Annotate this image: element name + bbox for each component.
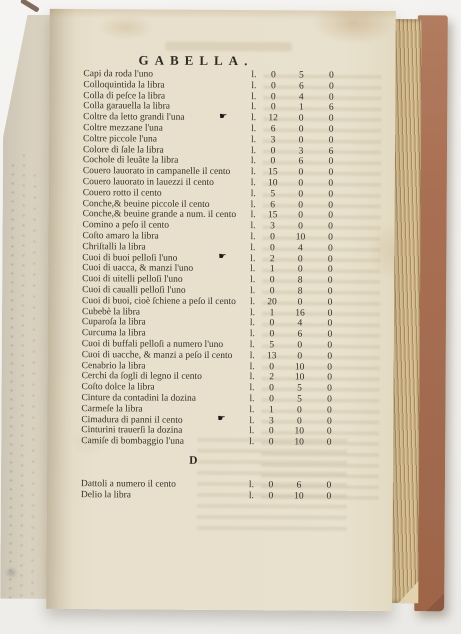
- currency-label: l.: [251, 211, 261, 222]
- photo-background: GABELLA. Capi da roda l'unol.050Colloqui…: [0, 0, 461, 634]
- price-col-3: 6: [317, 103, 345, 114]
- manicule-icon: ☛: [219, 112, 227, 123]
- currency-label: l.: [249, 416, 259, 427]
- item-name: Camiſe di bombaggio l'una: [81, 436, 249, 448]
- price-col-3: 0: [315, 438, 343, 449]
- price-col-1: 12: [261, 113, 285, 124]
- tariff-table-d: Dattoli a numero il centol.060Delio la l…: [81, 479, 353, 502]
- price-col-1: 0: [259, 383, 283, 394]
- price-col-1: 0: [259, 394, 283, 405]
- price-col-1: 0: [259, 427, 283, 438]
- price-col-3: 0: [315, 491, 343, 502]
- price-col-2: 5: [285, 70, 317, 81]
- price-col-1: 1: [260, 308, 284, 319]
- currency-label: l.: [250, 243, 260, 254]
- price-col-1: 20: [260, 297, 284, 308]
- price-col-3: 0: [315, 480, 343, 491]
- currency-label: l.: [250, 362, 260, 373]
- price-col-2: 0: [285, 189, 317, 200]
- price-col-3: 0: [316, 297, 344, 308]
- price-col-2: 10: [284, 362, 316, 373]
- price-col-3: 0: [316, 286, 344, 297]
- price-col-1: 15: [261, 211, 285, 222]
- price-col-3: 0: [317, 179, 345, 190]
- price-col-3: 0: [317, 92, 345, 103]
- price-col-1: 0: [260, 243, 284, 254]
- book-page: GABELLA. Capi da roda l'unol.050Colloqui…: [46, 9, 396, 611]
- price-col-1: 0: [259, 491, 283, 502]
- price-col-1: 0: [261, 103, 285, 114]
- price-col-3: 0: [316, 362, 344, 373]
- price-col-3: 0: [316, 340, 344, 351]
- price-col-3: 0: [317, 114, 345, 125]
- currency-label: l.: [250, 221, 260, 232]
- currency-label: l.: [250, 340, 260, 351]
- price-col-2: 6: [283, 480, 315, 491]
- price-col-3: 0: [317, 200, 345, 211]
- price-col-2: 0: [284, 297, 316, 308]
- section-heading-d: D: [189, 455, 353, 469]
- price-col-2: 4: [284, 243, 316, 254]
- price-col-2: 1: [285, 103, 317, 114]
- table-row: Delio la libral.0100: [81, 490, 353, 502]
- cover-top-left-edge: [20, 0, 40, 13]
- price-col-2: 0: [284, 222, 316, 233]
- price-col-2: 0: [285, 135, 317, 146]
- price-col-1: 0: [261, 81, 285, 92]
- currency-label: l.: [251, 157, 261, 168]
- price-col-3: 0: [316, 243, 344, 254]
- book: GABELLA. Capi da roda l'unol.050Colloqui…: [0, 5, 448, 618]
- price-col-1: 5: [261, 189, 285, 200]
- price-col-3: 0: [316, 351, 344, 362]
- price-col-1: 3: [260, 221, 284, 232]
- price-col-2: 0: [284, 340, 316, 351]
- currency-label: l.: [250, 265, 260, 276]
- currency-label: l.: [249, 491, 259, 502]
- price-col-3: 0: [316, 233, 344, 244]
- price-col-2: 10: [283, 437, 315, 448]
- currency-label: l.: [250, 232, 260, 243]
- currency-label: l.: [250, 286, 260, 297]
- price-col-2: 6: [285, 81, 317, 92]
- price-col-1: 2: [260, 373, 284, 384]
- price-col-1: 1: [259, 405, 283, 416]
- price-col-3: 0: [316, 222, 344, 233]
- pencil-smudge: [2, 565, 20, 581]
- price-col-1: 3: [259, 416, 283, 427]
- price-col-1: 5: [260, 340, 284, 351]
- price-col-3: 0: [317, 168, 345, 179]
- price-col-3: 0: [316, 373, 344, 384]
- price-col-3: 0: [316, 319, 344, 330]
- price-col-2: 8: [284, 286, 316, 297]
- price-col-1: 15: [261, 167, 285, 178]
- price-col-3: 0: [315, 416, 343, 427]
- price-col-1: 0: [261, 146, 285, 157]
- price-col-2: 6: [284, 329, 316, 340]
- price-col-2: 10: [283, 491, 315, 502]
- price-col-2: 10: [284, 373, 316, 384]
- currency-label: l.: [250, 329, 260, 340]
- price-col-2: 4: [284, 319, 316, 330]
- page-title: GABELLA.: [83, 53, 355, 71]
- price-col-3: 0: [317, 211, 345, 222]
- currency-label: l.: [250, 254, 260, 265]
- price-col-1: 2: [260, 254, 284, 265]
- currency-label: l.: [251, 189, 261, 200]
- currency-label: l.: [250, 318, 260, 329]
- price-col-1: 0: [259, 480, 283, 491]
- price-col-2: 0: [285, 178, 317, 189]
- currency-label: l.: [249, 480, 259, 491]
- price-col-2: 0: [285, 168, 317, 179]
- currency-label: l.: [249, 383, 259, 394]
- manicule-icon: ☛: [217, 414, 225, 425]
- price-col-3: 0: [317, 71, 345, 82]
- currency-label: l.: [251, 200, 261, 211]
- currency-label: l.: [250, 351, 260, 362]
- currency-label: l.: [251, 124, 261, 135]
- price-col-3: 0: [317, 125, 345, 136]
- currency-label: l.: [251, 146, 261, 157]
- price-col-1: 6: [261, 200, 285, 211]
- price-col-2: 0: [283, 416, 315, 427]
- item-name: Delio la libra: [81, 490, 249, 502]
- price-col-3: 0: [317, 157, 345, 168]
- price-col-1: 6: [261, 124, 285, 135]
- price-col-3: 0: [316, 265, 344, 276]
- currency-label: l.: [251, 103, 261, 114]
- price-col-2: 16: [284, 308, 316, 319]
- currency-label: l.: [251, 135, 261, 146]
- show-through-title: [166, 42, 292, 52]
- page-corner-fold: [398, 581, 418, 603]
- price-col-1: 0: [260, 329, 284, 340]
- price-col-3: 6: [317, 146, 345, 157]
- price-col-2: 0: [285, 114, 317, 125]
- price-col-2: 8: [284, 276, 316, 287]
- currency-label: l.: [249, 426, 259, 437]
- price-col-1: 0: [260, 362, 284, 373]
- price-col-1: 1: [260, 265, 284, 276]
- price-col-3: 0: [316, 276, 344, 287]
- currency-label: l.: [249, 437, 259, 448]
- price-col-2: 10: [283, 427, 315, 438]
- currency-label: l.: [251, 81, 261, 92]
- price-col-2: 4: [285, 92, 317, 103]
- price-col-2: 5: [283, 383, 315, 394]
- price-col-3: 0: [315, 394, 343, 405]
- currency-label: l.: [251, 167, 261, 178]
- price-col-2: 0: [283, 405, 315, 416]
- price-col-2: 10: [284, 232, 316, 243]
- price-col-1: 0: [261, 157, 285, 168]
- price-col-3: 0: [317, 135, 345, 146]
- price-col-3: 0: [317, 81, 345, 92]
- price-col-1: 0: [260, 232, 284, 243]
- text-block: GABELLA. Capi da roda l'unol.050Colloqui…: [81, 53, 356, 502]
- currency-label: l.: [249, 405, 259, 416]
- price-col-2: 0: [285, 211, 317, 222]
- price-col-1: 0: [261, 70, 285, 81]
- currency-label: l.: [250, 275, 260, 286]
- currency-label: l.: [251, 92, 261, 103]
- price-col-1: 0: [260, 275, 284, 286]
- price-col-1: 0: [261, 92, 285, 103]
- price-col-1: 10: [261, 178, 285, 189]
- price-col-3: 0: [317, 189, 345, 200]
- price-col-2: 0: [285, 200, 317, 211]
- price-col-2: 6: [285, 157, 317, 168]
- price-col-1: 3: [261, 135, 285, 146]
- price-col-3: 0: [315, 427, 343, 438]
- price-col-2: 0: [284, 265, 316, 276]
- currency-label: l.: [250, 308, 260, 319]
- price-col-1: 0: [260, 286, 284, 297]
- price-col-1: 0: [259, 437, 283, 448]
- manicule-icon: ☛: [218, 252, 226, 263]
- price-col-3: 0: [316, 330, 344, 341]
- tariff-table: Capi da roda l'unol.050Colloquintida la …: [81, 69, 355, 449]
- price-col-3: 0: [315, 405, 343, 416]
- price-col-2: 0: [284, 351, 316, 362]
- currency-label: l.: [251, 178, 261, 189]
- currency-label: l.: [251, 70, 261, 81]
- currency-label: l.: [250, 297, 260, 308]
- currency-label: l.: [249, 394, 259, 405]
- currency-label: l.: [251, 113, 261, 124]
- cover-corner-fold: [426, 593, 444, 611]
- price-col-3: 0: [316, 308, 344, 319]
- table-row: Camiſe di bombaggio l'unal.0100: [81, 436, 353, 448]
- price-col-3: 0: [315, 384, 343, 395]
- price-col-3: 0: [316, 254, 344, 265]
- price-col-2: 0: [285, 124, 317, 135]
- price-col-2: 5: [283, 394, 315, 405]
- price-col-2: 3: [285, 146, 317, 157]
- price-col-1: 0: [260, 319, 284, 330]
- price-col-2: 0: [284, 254, 316, 265]
- price-col-1: 13: [260, 351, 284, 362]
- currency-label: l.: [250, 372, 260, 383]
